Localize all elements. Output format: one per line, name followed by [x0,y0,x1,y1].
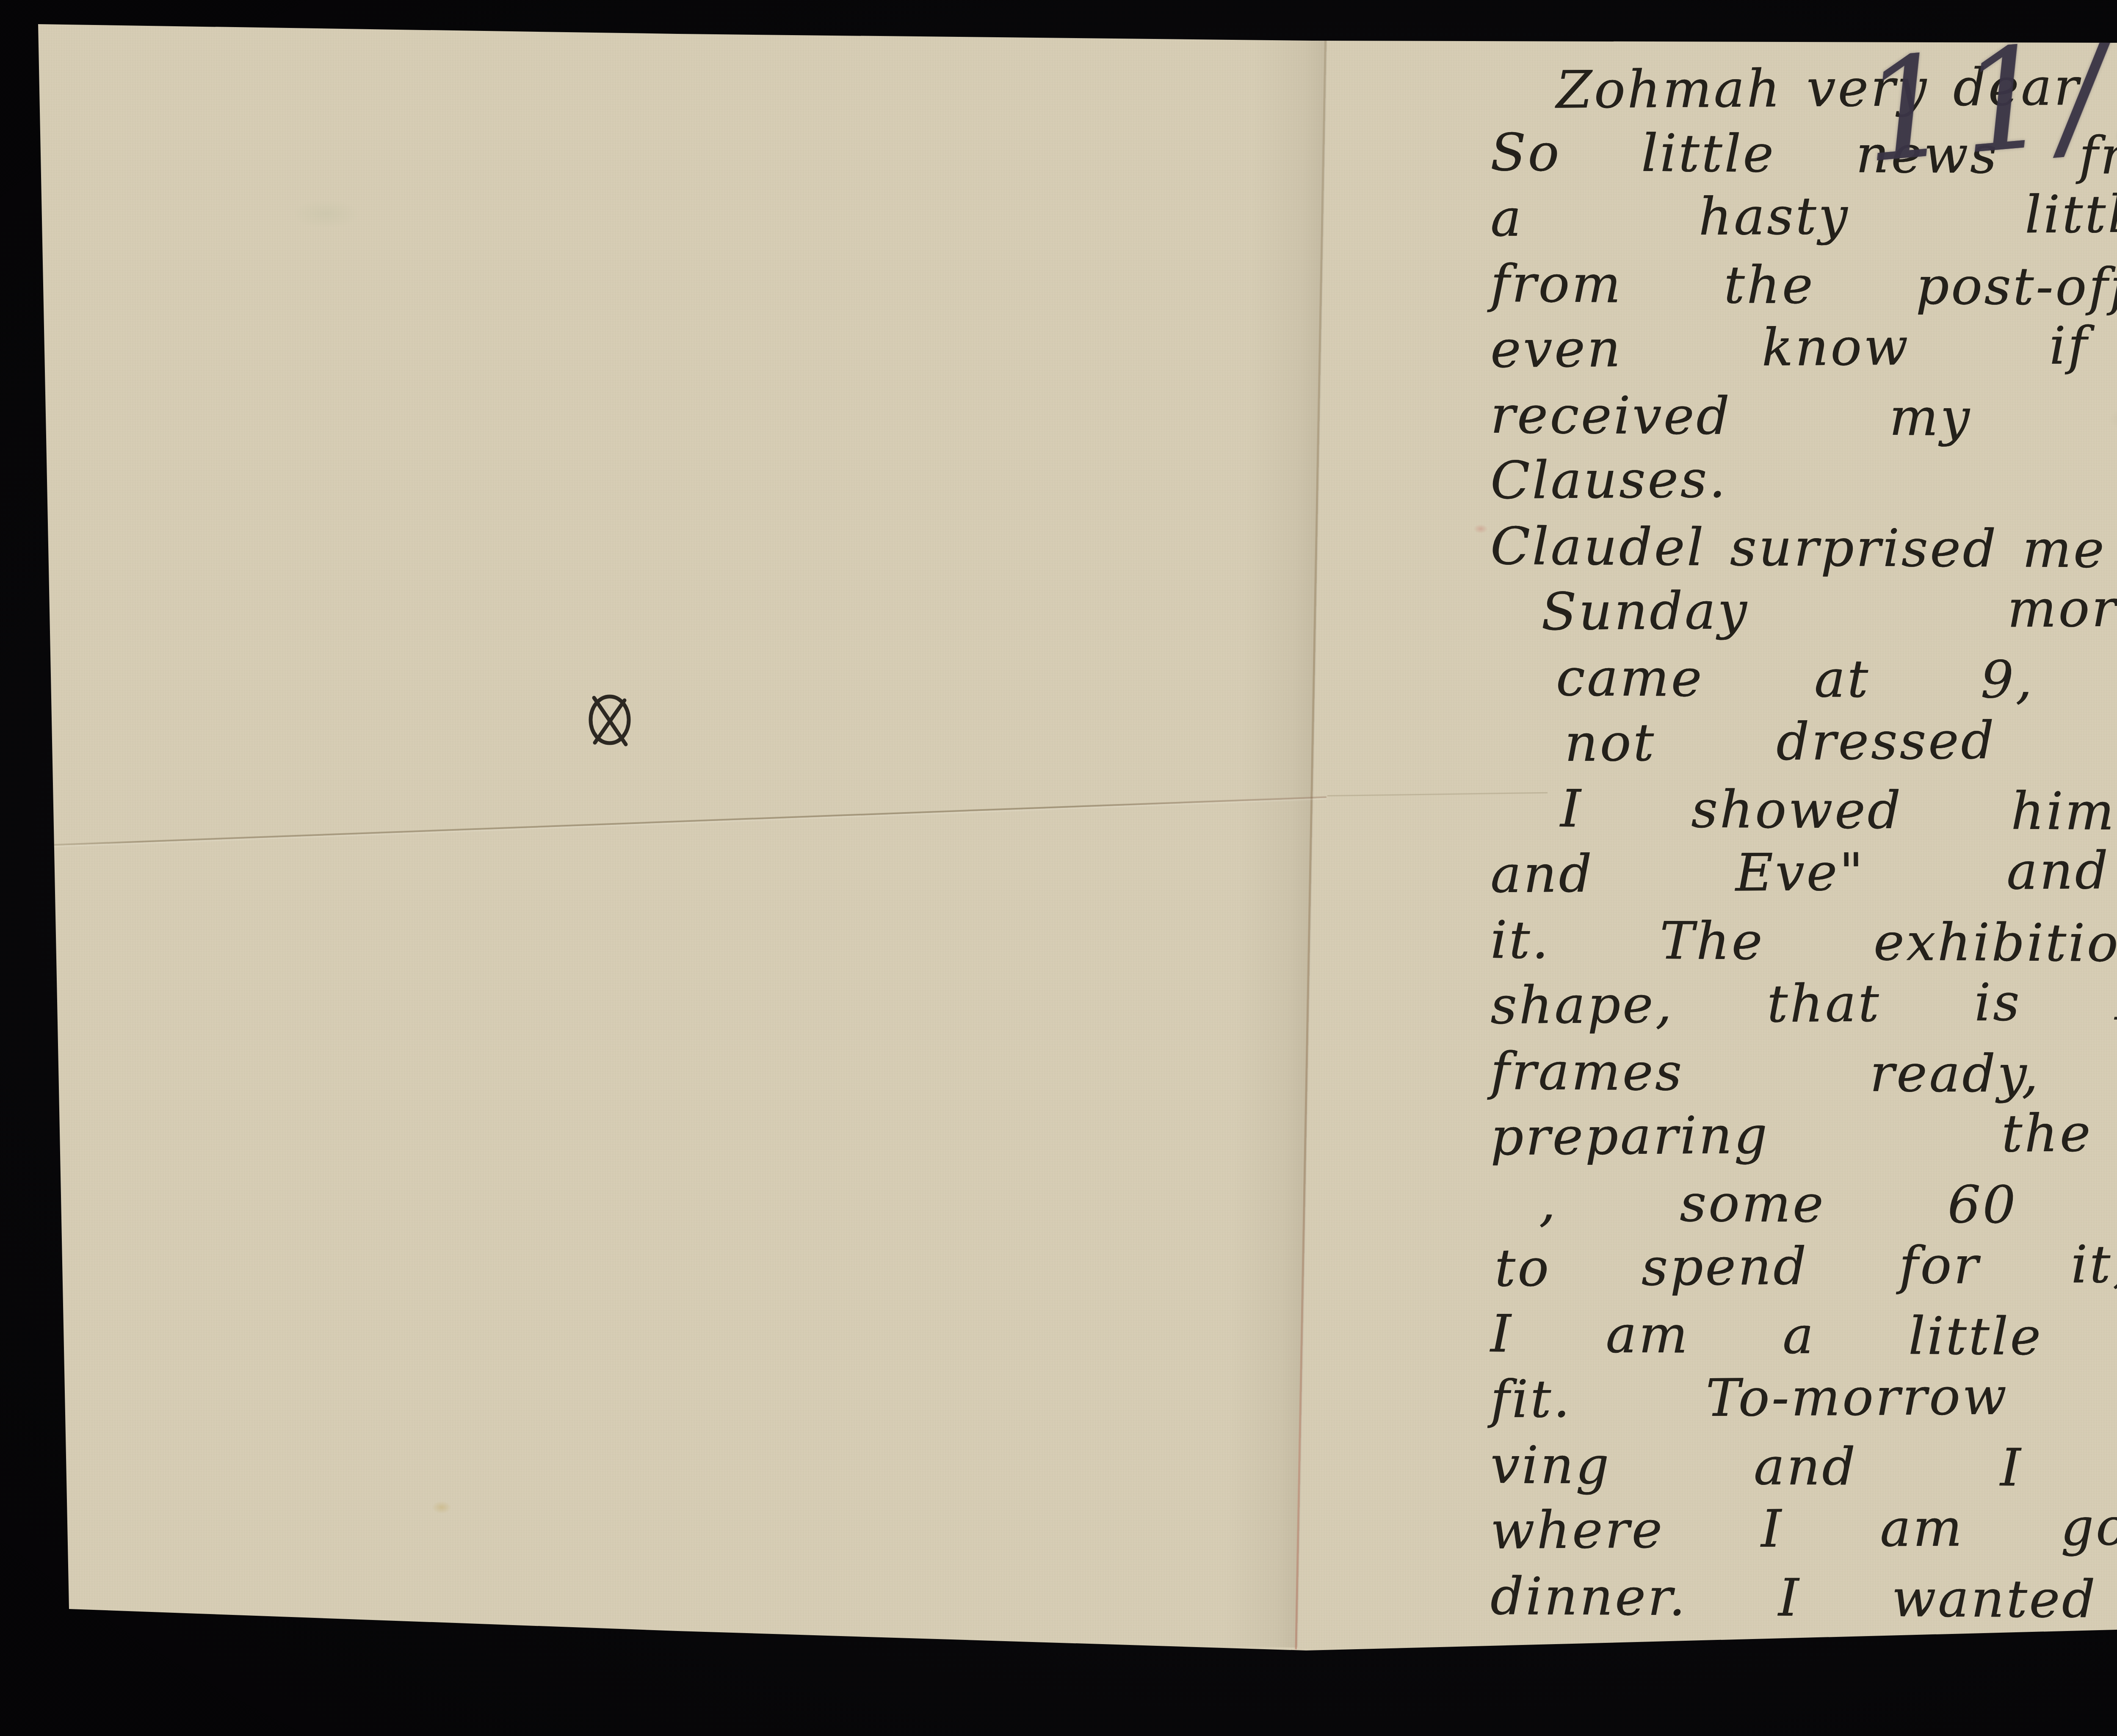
letter-line: I showed him my "Adam [1560,776,2117,847]
letter-line: received my other Santa [1490,382,2117,454]
letter-line: not dressed at all. But [1564,704,2117,776]
letter-line: Sunday morning. He [1541,573,2117,645]
letter-line: to spend for it, too — — [1495,1229,2117,1301]
paper-stain [432,1501,451,1514]
letter-line: frames ready, and am [1490,1039,2117,1110]
letter-line: ving and I don't know [1490,1432,2117,1504]
paper-edge-tear [33,837,50,845]
letter-line: even know if you have [1490,310,2117,382]
letter-line: and Eve" and he liked [1490,835,2117,907]
letter-text: Zohmah very dear So little news from you… [1478,54,2117,1629]
letter-line: where I am going to have [1490,1491,2117,1564]
letter-line: from the post-office. I don't [1490,251,2117,323]
letter-line: I am a little blue, just a [1490,1301,2117,1373]
letter-line: preparing the catalogue [1490,1097,2117,1170]
scan-background: Zohmah very dear So little news from you… [0,0,2117,1736]
letter-line: came at 9, and I was [1556,645,2117,716]
letter-line: it. The exhibition is taking [1490,907,2117,979]
letter-line: shape, that is I have more [1490,966,2117,1039]
circled-x-mark [582,690,637,751]
paper-stain [292,199,360,229]
letter-line: fit. To-morrow is Thanksgi- [1490,1360,2117,1432]
letter-line: Claudel surprised me [1490,514,2117,585]
letter-date: 11/23/32 [1856,0,2117,194]
letter-line: Clauses. [1490,441,2117,514]
letter-sheet: Zohmah very dear So little news from you… [0,0,2117,1736]
letter-line: a hasty little post-card [1490,179,2117,251]
letter-line: , some 60 dollars more [1539,1170,2117,1241]
letter-line: dinner. I wanted to have it [1490,1564,2117,1635]
